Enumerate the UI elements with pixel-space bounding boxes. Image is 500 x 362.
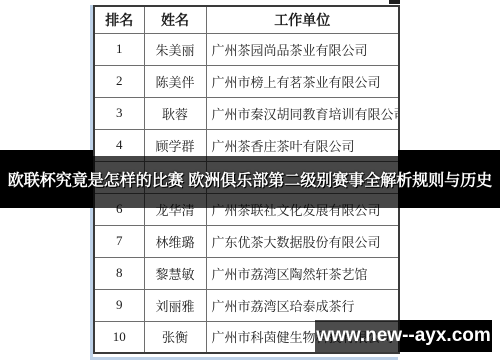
header-unit: 工作单位 <box>206 6 399 33</box>
bottom-accent-strip <box>90 357 398 360</box>
unit-cell: 广州茶园尚品茶业有限公司 <box>206 33 399 65</box>
unit-cell: 广州市榜上有茗茶业有限公司 <box>206 65 399 97</box>
rank-cell: 8 <box>94 257 144 289</box>
table-row: 3 耿蓉 广州市秦汉胡同教育培训有限公司 <box>94 97 399 129</box>
unit-cell: 广州市荔湾区陶然轩茶艺馆 <box>206 257 399 289</box>
name-cell: 张衡 <box>144 321 206 353</box>
table-row: 7 林维璐 广东优茶大数据股份有限公司 <box>94 225 399 257</box>
banner-text: 欧联杯究竟是怎样的比赛 欧洲俱乐部第二级别赛事全解析规则与历史 <box>0 168 500 191</box>
table-row: 2 陈美伴 广州市榜上有茗茶业有限公司 <box>94 65 399 97</box>
title-overlay-banner: 欧联杯究竟是怎样的比赛 欧洲俱乐部第二级别赛事全解析规则与历史 <box>0 150 500 208</box>
watermark-badge: www.new--ayx.com <box>315 320 492 352</box>
rank-cell: 7 <box>94 225 144 257</box>
unit-cell: 广州市秦汉胡同教育培训有限公司 <box>206 97 399 129</box>
unit-cell: 广东优茶大数据股份有限公司 <box>206 225 399 257</box>
name-cell: 耿蓉 <box>144 97 206 129</box>
rank-cell: 10 <box>94 321 144 353</box>
header-name: 姓名 <box>144 6 206 33</box>
rank-cell: 9 <box>94 289 144 321</box>
page: 排名 姓名 工作单位 1 朱美丽 广州茶园尚品茶业有限公司 2 陈美伴 广州市榜… <box>0 0 500 362</box>
rank-cell: 1 <box>94 33 144 65</box>
name-cell: 陈美伴 <box>144 65 206 97</box>
name-cell: 林维璐 <box>144 225 206 257</box>
table-header-row: 排名 姓名 工作单位 <box>94 6 399 33</box>
unit-cell: 广州市荔湾区珨泰成茶行 <box>206 289 399 321</box>
name-cell: 刘丽雅 <box>144 289 206 321</box>
table-row: 8 黎慧敏 广州市荔湾区陶然轩茶艺馆 <box>94 257 399 289</box>
header-rank: 排名 <box>94 6 144 33</box>
name-cell: 黎慧敏 <box>144 257 206 289</box>
cropped-table-artifact <box>389 0 400 4</box>
rank-cell: 3 <box>94 97 144 129</box>
table-row: 1 朱美丽 广州茶园尚品茶业有限公司 <box>94 33 399 65</box>
table-row: 9 刘丽雅 广州市荔湾区珨泰成茶行 <box>94 289 399 321</box>
rank-cell: 2 <box>94 65 144 97</box>
name-cell: 朱美丽 <box>144 33 206 65</box>
watermark-text: www.new--ayx.com <box>315 325 492 347</box>
